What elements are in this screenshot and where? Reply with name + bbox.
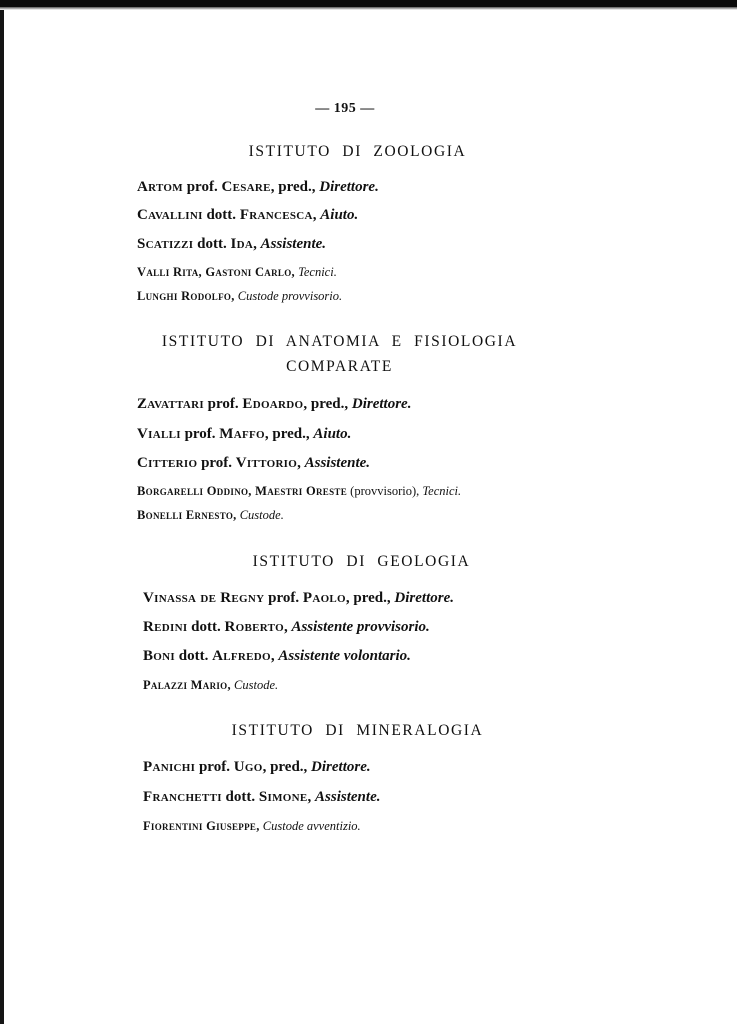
names: Borgarelli Oddino, Maestri Oreste <box>137 484 347 498</box>
section-heading-anatomia-line2: COMPARATE <box>0 358 697 376</box>
staff-entry: Panichi prof. Ugo, pred., Direttore. <box>143 759 371 776</box>
page-number: — 195 — <box>0 101 690 117</box>
staff-entry: Vialli prof. Maffo, pred., Aiuto. <box>137 426 351 443</box>
names: Palazzi Mario, <box>143 678 231 692</box>
role: Assistente volontario. <box>278 648 411 664</box>
role: Aiuto. <box>320 207 358 223</box>
academic-title: dott. <box>206 207 236 223</box>
role: Assistente. <box>315 789 380 805</box>
given-name: Maffo <box>219 426 265 442</box>
role: Custode provvisorio. <box>238 289 342 303</box>
given-name: Ugo <box>234 759 263 775</box>
given-name: Simone <box>259 789 308 805</box>
given-name: Paolo <box>303 590 346 606</box>
given-name: Cesare <box>221 179 270 195</box>
role: Direttore. <box>311 759 371 775</box>
surname: Redini <box>143 619 187 635</box>
role: Custode. <box>234 678 278 692</box>
extra-note: (provvisorio), <box>350 484 419 498</box>
role: Tecnici. <box>298 265 337 279</box>
staff-entry: Redini dott. Roberto, Assistente provvis… <box>143 619 430 636</box>
role: Direttore. <box>352 396 412 412</box>
staff-entry-custodian: Bonelli Ernesto, Custode. <box>137 508 284 523</box>
academic-title: prof. <box>199 759 230 775</box>
staff-entry: Cavallini dott. Francesca, Aiuto. <box>137 207 358 224</box>
extra-note: pred., <box>353 590 390 606</box>
given-name: Vittorio <box>236 455 297 471</box>
surname: Artom <box>137 179 183 195</box>
names: Fiorentini Giuseppe, <box>143 819 260 833</box>
surname: Vinassa de Regny <box>143 590 264 606</box>
staff-entry: Citterio prof. Vittorio, Assistente. <box>137 455 370 472</box>
academic-title: dott. <box>191 619 221 635</box>
surname: Franchetti <box>143 789 222 805</box>
given-name: Alfredo <box>212 648 271 664</box>
surname: Panichi <box>143 759 195 775</box>
staff-entry-custodian: Fiorentini Giuseppe, Custode avventizio. <box>143 819 361 834</box>
role: Custode. <box>240 508 284 522</box>
section-heading-mineralogia: ISTITUTO DI MINERALOGIA <box>0 722 715 740</box>
staff-entry: Franchetti dott. Simone, Assistente. <box>143 789 380 806</box>
section-heading-geologia: ISTITUTO DI GEOLOGIA <box>4 553 719 571</box>
role: Assistente provvisorio. <box>291 619 429 635</box>
role: Assistente. <box>305 455 370 471</box>
given-name: Francesca <box>240 207 313 223</box>
academic-title: prof. <box>187 179 218 195</box>
academic-title: prof. <box>201 455 232 471</box>
role: Tecnici. <box>422 484 461 498</box>
staff-entry-custodian: Lunghi Rodolfo, Custode provvisorio. <box>137 289 342 304</box>
surname: Scatizzi <box>137 236 193 252</box>
staff-entry-custodian: Palazzi Mario, Custode. <box>143 678 278 693</box>
staff-entry: Artom prof. Cesare, pred., Direttore. <box>137 179 379 196</box>
academic-title: prof. <box>208 396 239 412</box>
staff-entry: Zavattari prof. Edoardo, pred., Direttor… <box>137 396 411 413</box>
extra-note: pred., <box>278 179 315 195</box>
extra-note: pred., <box>270 759 307 775</box>
given-name: Edoardo <box>242 396 303 412</box>
role: Assistente. <box>261 236 326 252</box>
surname: Citterio <box>137 455 197 471</box>
surname: Boni <box>143 648 175 664</box>
staff-entry: Scatizzi dott. Ida, Assistente. <box>137 236 326 253</box>
extra-note: pred., <box>311 396 348 412</box>
role: Custode avventizio. <box>263 819 361 833</box>
role: Direttore. <box>394 590 454 606</box>
document-page: — 195 — ISTITUTO DI ZOOLOGIA Artom prof.… <box>0 0 737 1024</box>
academic-title: prof. <box>268 590 299 606</box>
academic-title: dott. <box>197 236 227 252</box>
staff-entry: Vinassa de Regny prof. Paolo, pred., Dir… <box>143 590 454 607</box>
given-name: Ida <box>230 236 253 252</box>
staff-entry-technicians: Borgarelli Oddino, Maestri Oreste (provv… <box>137 484 461 499</box>
academic-title: dott. <box>179 648 209 664</box>
surname: Cavallini <box>137 207 203 223</box>
names: Valli Rita, Gastoni Carlo, <box>137 265 295 279</box>
names: Lunghi Rodolfo, <box>137 289 235 303</box>
extra-note: pred., <box>272 426 309 442</box>
role: Aiuto. <box>313 426 351 442</box>
surname: Zavattari <box>137 396 204 412</box>
staff-entry: Boni dott. Alfredo, Assistente volontari… <box>143 648 411 665</box>
staff-entry-technicians: Valli Rita, Gastoni Carlo, Tecnici. <box>137 265 337 280</box>
section-heading-anatomia-line1: ISTITUTO DI ANATOMIA E FISIOLOGIA <box>0 333 697 351</box>
academic-title: prof. <box>185 426 216 442</box>
surname: Vialli <box>137 426 181 442</box>
role: Direttore. <box>319 179 379 195</box>
section-heading-zoologia: ISTITUTO DI ZOOLOGIA <box>0 143 715 161</box>
names: Bonelli Ernesto, <box>137 508 237 522</box>
academic-title: dott. <box>226 789 256 805</box>
given-name: Roberto <box>225 619 284 635</box>
